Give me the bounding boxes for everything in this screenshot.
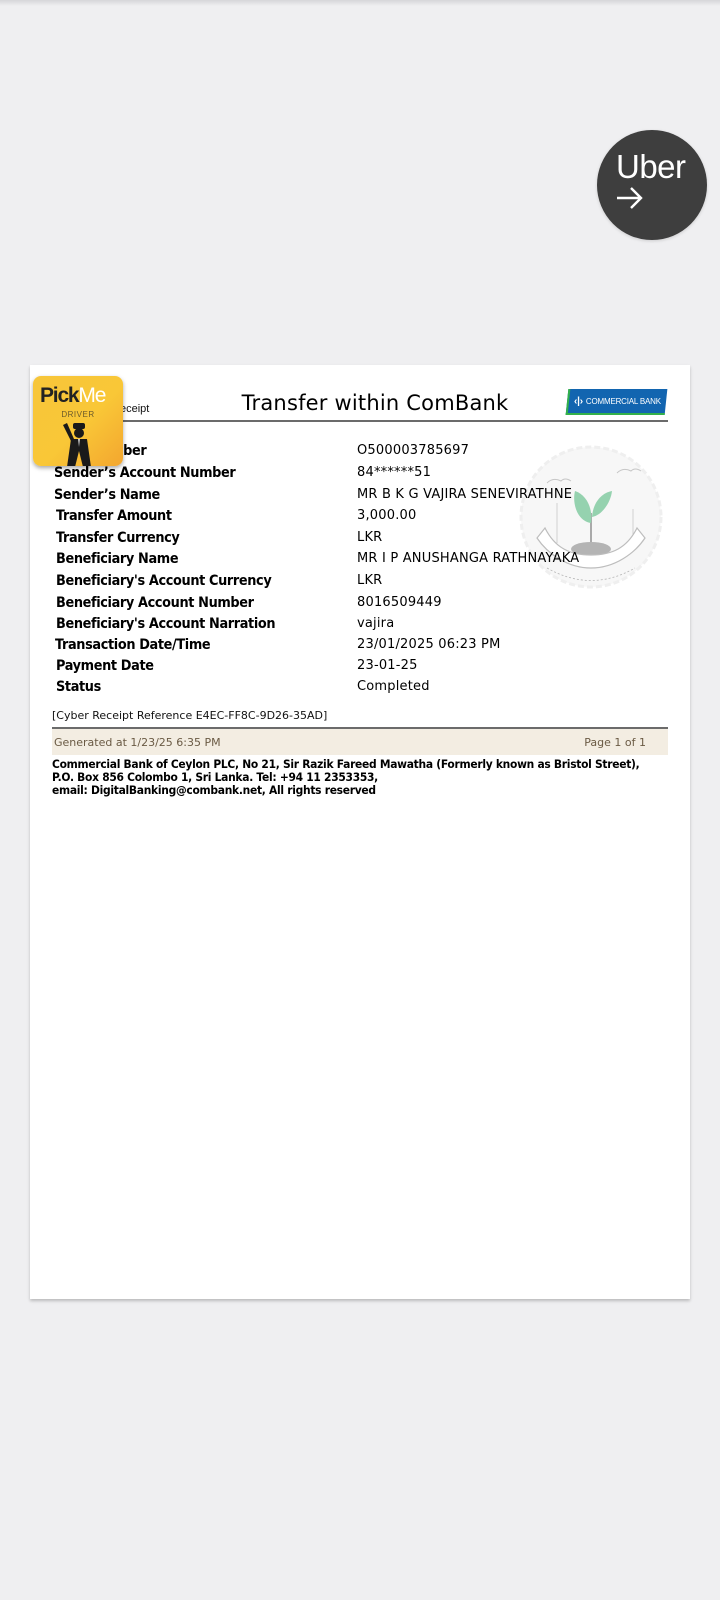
page-info: Page 1 of 1	[584, 736, 646, 749]
pickme-logo: PickMe	[40, 384, 105, 408]
detail-value: LKR	[357, 530, 382, 545]
driver-figure-icon	[61, 421, 97, 466]
detail-label: Beneficiary's Account Currency	[56, 573, 271, 589]
cyber-receipt-reference: [Cyber Receipt Reference E4EC-FF8C-9D26-…	[52, 709, 327, 722]
detail-row: Beneficiary NameMR I P ANUSHANGA RATHNAY…	[30, 551, 690, 571]
combank-logo-text: COMMERCIAL BANK	[586, 397, 661, 406]
detail-value: Completed	[357, 679, 430, 694]
detail-row: Beneficiary's Account Narrationvajira	[30, 616, 690, 636]
detail-row: Beneficiary Account Number8016509449	[30, 595, 690, 615]
address-line: email: DigitalBanking@combank.net, All r…	[52, 784, 625, 797]
uber-label: Uber	[616, 150, 686, 183]
detail-value: MR B K G VAJIRA SENEVIRATHNE	[357, 487, 572, 502]
detail-label: Transaction Date/Time	[55, 637, 210, 653]
combank-mark-icon: ‹|›	[574, 396, 583, 407]
detail-row: Sender’s NameMR B K G VAJIRA SENEVIRATHN…	[30, 487, 690, 507]
detail-row: ence NumberO500003785697	[30, 443, 690, 463]
detail-row: Transaction Date/Time23/01/2025 06:23 PM	[30, 637, 690, 657]
detail-label: Transfer Amount	[56, 508, 172, 524]
detail-value: 23/01/2025 06:23 PM	[357, 637, 501, 652]
generated-at: Generated at 1/23/25 6:35 PM	[54, 736, 221, 749]
header-divider	[52, 420, 668, 422]
footer-bar: Generated at 1/23/25 6:35 PM Page 1 of 1	[52, 729, 668, 755]
detail-label: Sender’s Name	[54, 487, 160, 503]
detail-row: Transfer Amount3,000.00	[30, 508, 690, 528]
detail-label: Beneficiary Name	[56, 551, 178, 567]
detail-label: Transfer Currency	[56, 530, 179, 546]
detail-label: Payment Date	[56, 658, 154, 674]
pickme-driver-bubble[interactable]: PickMe DRIVER	[33, 376, 123, 466]
detail-row: Transfer CurrencyLKR	[30, 530, 690, 550]
detail-row: Beneficiary's Account CurrencyLKR	[30, 573, 690, 593]
detail-label: Sender’s Account Number	[54, 465, 235, 481]
detail-label: Beneficiary Account Number	[56, 595, 254, 611]
detail-row: Sender’s Account Number84******51	[30, 465, 690, 485]
detail-value: 8016509449	[357, 595, 442, 610]
arrow-right-icon	[615, 186, 645, 210]
detail-row: StatusCompleted	[30, 679, 690, 699]
detail-value: MR I P ANUSHANGA RATHNAYAKA	[357, 551, 579, 566]
pickme-driver-label: DRIVER	[33, 410, 123, 419]
receipt-title: Transfer within ComBank	[225, 391, 525, 415]
detail-value: LKR	[357, 573, 382, 588]
detail-value: 3,000.00	[357, 508, 417, 523]
detail-value: O500003785697	[357, 443, 469, 458]
detail-label: Status	[56, 679, 101, 695]
receipt-label: eceipt	[120, 403, 149, 415]
detail-value: 23-01-25	[357, 658, 418, 673]
receipt-document: eceipt Transfer within ComBank ‹|› COMME…	[30, 365, 690, 1299]
detail-label: Beneficiary's Account Narration	[56, 616, 275, 632]
bank-address: Commercial Bank of Ceylon PLC, No 21, Si…	[52, 758, 625, 797]
detail-value: vajira	[357, 616, 394, 631]
uber-floating-button[interactable]: Uber	[597, 130, 707, 240]
detail-value: 84******51	[357, 465, 431, 480]
commercial-bank-logo: ‹|› COMMERCIAL BANK	[566, 389, 668, 415]
top-shadow	[0, 0, 720, 6]
detail-row: Payment Date23-01-25	[30, 658, 690, 678]
